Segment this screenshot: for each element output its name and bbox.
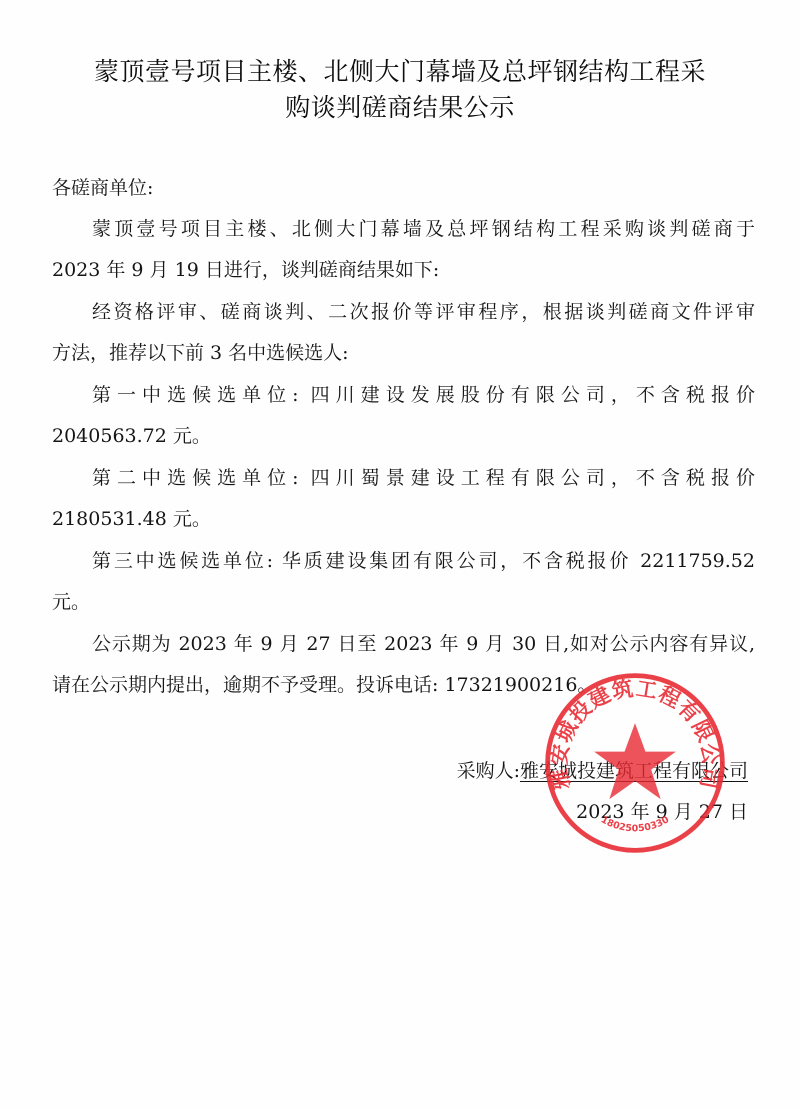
notice-line-1: 公示期为 2023 年 9 月 27 日至 2023 年 9 月 30 日,如对… xyxy=(92,632,755,656)
salutation: 各磋商单位: xyxy=(52,176,153,200)
document-title-line-2: 购谈判磋商结果公示 xyxy=(0,88,800,124)
process-line-2: 方法，推荐以下前 3 名中选候选人: xyxy=(52,341,349,365)
process-line-1: 经资格评审、磋商谈判、二次报价等评审程序，根据谈判磋商文件评审 xyxy=(92,300,755,324)
candidate-2-line-1: 第二中选候选单位: 四川蜀景建设工程有限公司，不含税报价 xyxy=(92,466,755,490)
candidate-3-unit: 元。 xyxy=(52,590,90,614)
candidate-3-line-1: 第三中选候选单位: 华质建设集团有限公司，不含税报价 2211759.52 xyxy=(92,549,755,573)
candidate-2-price: 2180531.48 元。 xyxy=(52,507,211,531)
purchaser-signature: 采购人:雅安城投建筑工程有限公司 xyxy=(457,759,748,783)
document-date: 2023 年 9 月 27 日 xyxy=(576,800,748,824)
document-page: 蒙顶壹号项目主楼、北侧大门幕墙及总坪钢结构工程采 购谈判磋商结果公示 各磋商单位… xyxy=(0,0,800,1110)
candidate-1-line-1: 第一中选候选单位: 四川建设发展股份有限公司，不含税报价 xyxy=(92,383,755,407)
intro-line-1: 蒙顶壹号项目主楼、北侧大门幕墙及总坪钢结构工程采购谈判磋商于 xyxy=(92,217,755,241)
document-title-line-1: 蒙顶壹号项目主楼、北侧大门幕墙及总坪钢结构工程采 xyxy=(0,52,800,88)
candidate-1-price: 2040563.72 元。 xyxy=(52,424,211,448)
purchaser-name: 雅安城投建筑工程有限公司 xyxy=(520,760,748,782)
notice-line-2: 请在公示期内提出，逾期不予受理。投诉电话: 17321900216。 xyxy=(52,673,596,697)
intro-line-2: 2023 年 9 月 19 日进行，谈判磋商结果如下: xyxy=(52,258,439,282)
purchaser-label: 采购人: xyxy=(457,760,520,782)
